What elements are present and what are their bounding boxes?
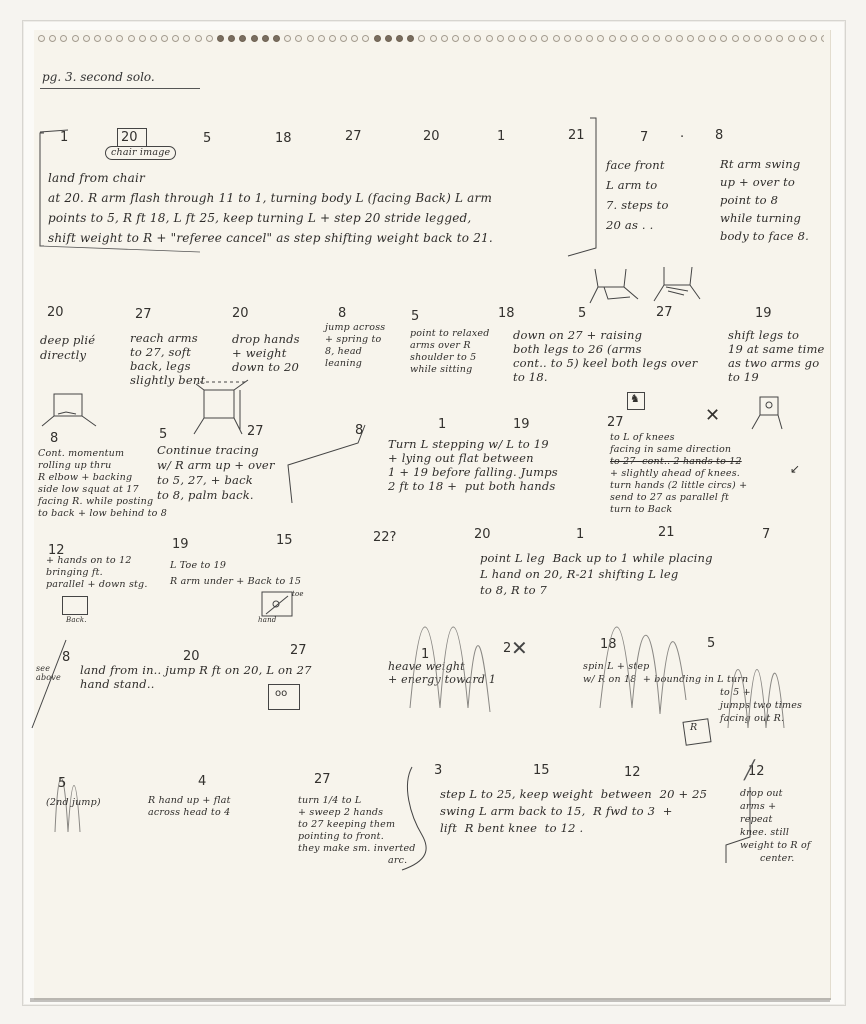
note-line: as two arms go bbox=[728, 356, 819, 370]
note-line: to 27, soft bbox=[130, 345, 191, 359]
note-line: turn hands (2 little circs) + bbox=[610, 480, 747, 491]
binding-hole bbox=[653, 35, 660, 42]
binding-hole bbox=[72, 35, 79, 42]
binding-hole bbox=[530, 35, 537, 42]
count: 8 bbox=[715, 128, 723, 143]
feet-sketch-icon bbox=[62, 596, 88, 615]
note-line: to 8, palm back. bbox=[157, 488, 254, 502]
count: 8 bbox=[338, 306, 346, 321]
binding-hole bbox=[217, 35, 224, 42]
note-line: point to 8 bbox=[720, 193, 778, 207]
separator-dot: · bbox=[680, 130, 684, 145]
binding-hole bbox=[228, 35, 235, 42]
struck-note-line: to 27 cont.. 2 hands to 12 bbox=[610, 456, 742, 467]
note-line: while turning bbox=[720, 211, 801, 225]
arrow-icon: ↙ bbox=[790, 462, 800, 476]
count: 21 bbox=[568, 128, 585, 143]
note-line: L Toe to 19 bbox=[170, 560, 226, 571]
note-line: + sweep 2 hands bbox=[298, 807, 383, 818]
count: 15 bbox=[533, 763, 550, 778]
binding-hole bbox=[709, 35, 716, 42]
count: 7 bbox=[640, 130, 648, 145]
sketch-label: hand bbox=[258, 614, 276, 626]
note-line: point L leg Back up to 1 while placing bbox=[480, 551, 713, 565]
col7-notes: face front L arm to 7. steps to 20 as . … bbox=[606, 155, 669, 235]
note-line: body to face 8. bbox=[720, 229, 809, 243]
binding-hole bbox=[150, 35, 157, 42]
binding-hole bbox=[183, 35, 190, 42]
step-notes: step L to 25, keep weight between 20 + 2… bbox=[440, 786, 707, 837]
note-line: while sitting bbox=[410, 364, 472, 375]
note-line: shift weight to R + "referee cancel" as … bbox=[48, 231, 493, 245]
count: 5 bbox=[707, 636, 715, 651]
binding-hole bbox=[49, 35, 56, 42]
step-notes: turn 1/4 to L + sweep 2 hands to 27 keep… bbox=[298, 795, 416, 867]
note-line: arc. bbox=[298, 855, 407, 866]
note-line: to 5 + bbox=[720, 687, 751, 698]
binding-hole bbox=[116, 35, 123, 42]
binding-hole bbox=[83, 35, 90, 42]
binding-hole bbox=[128, 35, 135, 42]
binding-hole bbox=[519, 35, 526, 42]
binding-hole bbox=[362, 35, 369, 42]
cross-out-mark: ✕ bbox=[511, 636, 528, 660]
step-notes: L Toe to 19 R arm under + Back to 15 bbox=[170, 558, 301, 590]
note-line: R elbow + backing bbox=[38, 472, 132, 483]
count: 1 bbox=[576, 527, 584, 542]
note-line: w/ R arm up + over bbox=[157, 458, 275, 472]
col8-notes: Rt arm swing up + over to point to 8 whi… bbox=[720, 155, 809, 245]
count: 27 bbox=[314, 772, 331, 787]
step-notes: to 5 + jumps two times facing out R. bbox=[720, 686, 802, 725]
binding-hole bbox=[396, 35, 403, 42]
section3-bracket bbox=[280, 425, 370, 505]
note-line: send to 27 as parallel ft bbox=[610, 492, 729, 503]
binding-hole bbox=[474, 35, 481, 42]
step-notes: jump across + spring to 8, head leaning bbox=[325, 322, 385, 370]
step-notes: deep plié directly bbox=[40, 333, 95, 363]
binding-hole bbox=[754, 35, 761, 42]
binding-hole bbox=[172, 35, 179, 42]
binding-hole bbox=[575, 35, 582, 42]
note-line: turn 1/4 to L bbox=[298, 795, 361, 806]
chair-figure-sketch-icon bbox=[752, 395, 792, 435]
note-line: both legs to 26 (arms bbox=[513, 342, 642, 356]
note-line: up + over to bbox=[720, 175, 795, 189]
binding-hole bbox=[698, 35, 705, 42]
note-line: arms over R bbox=[410, 340, 471, 351]
step-notes: to L of knees facing in same direction t… bbox=[610, 432, 747, 516]
note-line: step L to 25, keep weight between 20 + 2… bbox=[440, 787, 707, 801]
note-line: to 8, R to 7 bbox=[480, 583, 547, 597]
note-line: reach arms bbox=[130, 331, 198, 345]
binding-hole bbox=[318, 35, 325, 42]
binding-hole bbox=[284, 35, 291, 42]
note-line: to 18. bbox=[513, 370, 548, 384]
count: 5 bbox=[578, 306, 586, 321]
sketch-label: toe bbox=[292, 588, 304, 600]
note-line: Rt arm swing bbox=[720, 157, 800, 171]
binding-hole bbox=[295, 35, 302, 42]
step-notes: point L leg Back up to 1 while placing L… bbox=[480, 550, 713, 598]
count: 27 bbox=[345, 129, 362, 144]
note-line: spin L + step bbox=[583, 661, 649, 672]
count: 5 bbox=[159, 427, 167, 442]
binding-hole bbox=[441, 35, 448, 42]
note-line: land from in.. jump R ft on 20, L on 27 bbox=[80, 663, 312, 677]
count: 20 bbox=[423, 129, 440, 144]
binding-hole bbox=[799, 35, 806, 42]
count: 7 bbox=[762, 527, 770, 542]
count: 20 bbox=[47, 305, 64, 320]
binding-hole bbox=[676, 35, 683, 42]
binding-hole bbox=[508, 35, 515, 42]
count: 20 bbox=[183, 649, 200, 664]
note-line: facing in same direction bbox=[610, 444, 731, 455]
step-notes: Cont. momentum rolling up thru R elbow +… bbox=[38, 448, 167, 520]
note-line: center. bbox=[740, 853, 794, 864]
binding-hole bbox=[273, 35, 280, 42]
note-line: facing R. while posting bbox=[38, 496, 153, 507]
count: 8 bbox=[62, 650, 70, 665]
binding-hole bbox=[642, 35, 649, 42]
step-notes: down on 27 + raising both legs to 26 (ar… bbox=[513, 328, 697, 384]
count: 27 bbox=[607, 415, 624, 430]
plie-sketch-icon bbox=[40, 392, 100, 432]
note-line: + energy toward 1 bbox=[388, 673, 496, 686]
binding-hole bbox=[452, 35, 459, 42]
count: 18 bbox=[498, 306, 515, 321]
count: 4 bbox=[198, 774, 206, 789]
note-line: down to 20 bbox=[232, 360, 299, 374]
chair-sketch-icon bbox=[654, 265, 704, 305]
step-notes: drop hands + weight down to 20 bbox=[232, 332, 300, 374]
note-line: point to relaxed bbox=[410, 328, 489, 339]
note-line: back, legs bbox=[130, 359, 191, 373]
note-line: jumps two times bbox=[720, 700, 802, 711]
count: 18 bbox=[275, 131, 292, 146]
title-underline bbox=[40, 88, 200, 89]
count: 27 bbox=[290, 643, 307, 658]
note-line: drop out bbox=[740, 788, 783, 799]
binding-hole bbox=[765, 35, 772, 42]
note-line: side low squat at 17 bbox=[38, 484, 139, 495]
binding-hole bbox=[407, 35, 414, 42]
side-note: see above bbox=[36, 664, 58, 682]
figure-glyph: ♞ bbox=[630, 392, 640, 405]
note-line: lift R bent knee to 12 . bbox=[440, 821, 583, 835]
count: 8 bbox=[50, 431, 58, 446]
note-line: + spring to bbox=[325, 334, 381, 345]
note-line: to back + low behind to 8 bbox=[38, 508, 167, 519]
note-line: 19 at same time bbox=[728, 342, 825, 356]
note-line: + weight bbox=[232, 346, 287, 360]
step-notes: Turn L stepping w/ L to 19 + lying out f… bbox=[388, 437, 558, 493]
note-line: land from chair bbox=[48, 171, 145, 185]
note-line: jump across bbox=[325, 322, 385, 333]
count: 3 bbox=[434, 763, 442, 778]
binding-hole bbox=[430, 35, 437, 42]
note-line: knee. still bbox=[740, 827, 789, 838]
binding-hole bbox=[307, 35, 314, 42]
cross-mark-icon: ✕ bbox=[705, 405, 720, 426]
section1-notes: land from chair at 20. R arm flash throu… bbox=[48, 168, 493, 248]
count: 20 bbox=[121, 130, 138, 145]
step-notes: spin L + step w/ R on 18 + bounding in L… bbox=[583, 660, 748, 686]
binding-hole bbox=[821, 35, 824, 42]
binding-hole bbox=[620, 35, 627, 42]
note-line: swing L arm back to 15, R fwd to 3 + bbox=[440, 804, 673, 818]
binding-hole bbox=[329, 35, 336, 42]
binding-hole bbox=[105, 35, 112, 42]
count: 20 bbox=[232, 306, 249, 321]
count: 15 bbox=[276, 533, 293, 548]
binding-hole bbox=[340, 35, 347, 42]
count: 1 bbox=[497, 129, 505, 144]
spiral-binding-holes bbox=[38, 34, 824, 42]
note-line: repeat bbox=[740, 814, 773, 825]
note-line: to 27 keeping them bbox=[298, 819, 395, 830]
count: 20 bbox=[474, 527, 491, 542]
step-notes: Continue tracing w/ R arm up + over to 5… bbox=[157, 443, 275, 503]
sketch-label: R bbox=[690, 722, 697, 734]
note-line: they make sm. inverted bbox=[298, 843, 416, 854]
note-line: + slightly ahead of knees. bbox=[610, 468, 740, 479]
count: 27 bbox=[247, 424, 264, 439]
note-line: parallel + down stg. bbox=[46, 579, 148, 590]
count: 12 bbox=[624, 765, 641, 780]
count: 1 bbox=[60, 130, 68, 145]
count: 19 bbox=[513, 417, 530, 432]
note-line: shift legs to bbox=[728, 328, 799, 342]
note-line: weight to R of bbox=[740, 840, 811, 851]
note-line: to L of knees bbox=[610, 432, 675, 443]
note-line: Cont. momentum bbox=[38, 448, 124, 459]
step-notes: point to relaxed arms over R shoulder to… bbox=[410, 328, 489, 376]
step-notes: (2nd jump) bbox=[46, 797, 101, 809]
note-line: down on 27 + raising bbox=[513, 328, 642, 342]
binding-hole bbox=[687, 35, 694, 42]
note-line: + hands on to 12 bbox=[46, 555, 132, 566]
note-line: to 19 bbox=[728, 370, 759, 384]
binding-hole bbox=[810, 35, 817, 42]
binding-hole bbox=[732, 35, 739, 42]
count: 27 bbox=[656, 305, 673, 320]
binding-hole bbox=[60, 35, 67, 42]
step-notes: reach arms to 27, soft back, legs slight… bbox=[130, 331, 205, 387]
note-line: facing out R. bbox=[720, 713, 784, 724]
binding-hole bbox=[139, 35, 146, 42]
note-line: Continue tracing bbox=[157, 443, 259, 457]
binding-hole bbox=[418, 35, 425, 42]
binding-hole bbox=[206, 35, 213, 42]
count: 5 bbox=[58, 776, 66, 791]
binding-hole bbox=[486, 35, 493, 42]
note-line: w/ R on 18 + bounding in L turn bbox=[583, 674, 748, 685]
count: 19 bbox=[172, 537, 189, 552]
binding-hole bbox=[586, 35, 593, 42]
step-notes: shift legs to 19 at same time as two arm… bbox=[728, 328, 825, 384]
note-line: Turn L stepping w/ L to 19 bbox=[388, 437, 549, 451]
step-notes: + hands on to 12 bringing ft. parallel +… bbox=[46, 555, 148, 591]
note-line: face front bbox=[606, 158, 665, 172]
note-line: R hand up + flat bbox=[148, 795, 231, 806]
binding-hole bbox=[262, 35, 269, 42]
note-line: deep plié bbox=[40, 333, 95, 347]
note-line: hand stand.. bbox=[80, 677, 155, 691]
note-line: R arm under + Back to 15 bbox=[170, 576, 301, 587]
chair-image-label: chair image bbox=[105, 146, 176, 160]
note-line: 20 as . . bbox=[606, 218, 653, 232]
binding-hole bbox=[665, 35, 672, 42]
note-line: points to 5, R ft 18, L ft 25, keep turn… bbox=[48, 211, 471, 225]
feet-glyph: oo bbox=[275, 688, 287, 699]
note-line: leaning bbox=[325, 358, 362, 369]
note-line: at 20. R arm flash through 11 to 1, turn… bbox=[48, 191, 492, 205]
chair-sketch-icon bbox=[590, 265, 650, 305]
note-line: shoulder to 5 bbox=[410, 352, 476, 363]
note-line: + lying out flat between bbox=[388, 451, 534, 465]
count: 27 bbox=[135, 307, 152, 322]
count: 5 bbox=[203, 131, 211, 146]
binding-hole bbox=[385, 35, 392, 42]
binding-hole bbox=[720, 35, 727, 42]
note-line: bringing ft. bbox=[46, 567, 103, 578]
note-line: pointing to front. bbox=[298, 831, 384, 842]
step-notes: drop out arms + repeat knee. still weigh… bbox=[740, 787, 811, 865]
page-title: pg. 3. second solo. bbox=[42, 70, 155, 84]
note-line: heave weight bbox=[388, 660, 465, 673]
count: 18 bbox=[600, 637, 617, 652]
binding-hole bbox=[564, 35, 571, 42]
note-line: 2 ft to 18 + put both hands bbox=[388, 479, 556, 493]
note-line: arms + bbox=[740, 801, 776, 812]
binding-hole bbox=[743, 35, 750, 42]
note-line: 8, head bbox=[325, 346, 362, 357]
binding-hole bbox=[631, 35, 638, 42]
note-line: drop hands bbox=[232, 332, 300, 346]
note-line: 7. steps to bbox=[606, 198, 669, 212]
step-notes: heave weight + energy toward 1 bbox=[388, 660, 496, 686]
binding-hole bbox=[38, 35, 45, 42]
binding-hole bbox=[609, 35, 616, 42]
binding-hole bbox=[351, 35, 358, 42]
note-line: turn to Back bbox=[610, 504, 672, 515]
binding-hole bbox=[497, 35, 504, 42]
sketch-label: Back. bbox=[66, 614, 87, 626]
binding-hole bbox=[463, 35, 470, 42]
count: 22? bbox=[373, 530, 396, 545]
binding-hole bbox=[195, 35, 202, 42]
binding-hole bbox=[597, 35, 604, 42]
step-notes: R hand up + flat across head to 4 bbox=[148, 795, 231, 819]
binding-hole bbox=[239, 35, 246, 42]
binding-hole bbox=[251, 35, 258, 42]
count: 1 bbox=[438, 417, 446, 432]
binding-hole bbox=[161, 35, 168, 42]
note-line: L arm to bbox=[606, 178, 657, 192]
note-line: L hand on 20, R-21 shifting L leg bbox=[480, 567, 678, 581]
count: 21 bbox=[658, 525, 675, 540]
note-line: rolling up thru bbox=[38, 460, 111, 471]
page-shadow bbox=[30, 998, 830, 1002]
note-line: cont.. to 5) keel both legs over bbox=[513, 356, 697, 370]
note-line: directly bbox=[40, 348, 86, 362]
note-line: to 5, 27, + back bbox=[157, 473, 253, 487]
binding-hole bbox=[541, 35, 548, 42]
note-line: 1 + 19 before falling. Jumps bbox=[388, 465, 558, 479]
count: 5 bbox=[411, 309, 419, 324]
note-line: across head to 4 bbox=[148, 807, 230, 818]
binding-hole bbox=[553, 35, 560, 42]
binding-hole bbox=[374, 35, 381, 42]
cross-out-mark: ╱ bbox=[744, 760, 755, 781]
count: 19 bbox=[755, 306, 772, 321]
binding-hole bbox=[94, 35, 101, 42]
binding-hole bbox=[776, 35, 783, 42]
binding-hole bbox=[788, 35, 795, 42]
